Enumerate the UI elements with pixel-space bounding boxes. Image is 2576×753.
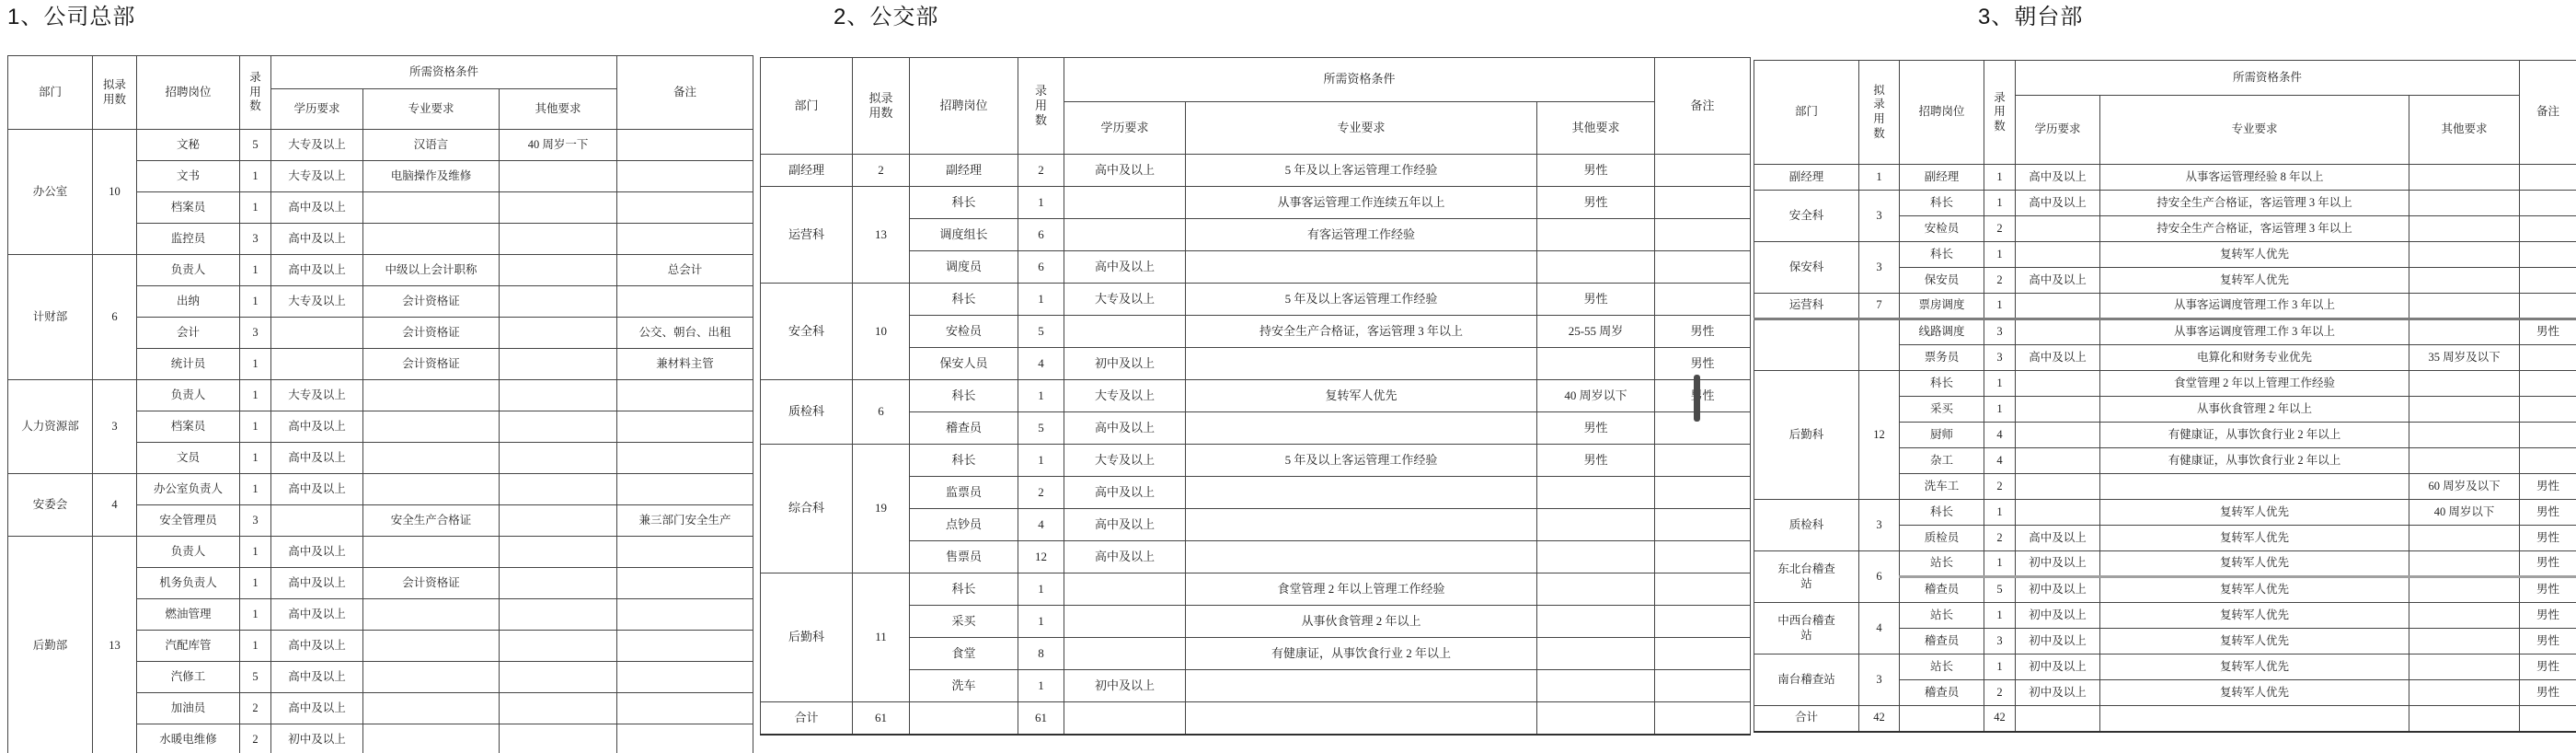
count-cell: 1	[240, 537, 271, 568]
major-cell: 电算化和财务专业优先	[2100, 345, 2409, 371]
header-planned: 拟录 用数	[93, 56, 137, 130]
count-cell: 1	[1984, 165, 2016, 191]
count-cell: 1	[1018, 573, 1064, 606]
education-cell	[2016, 371, 2100, 397]
table-row: 安检员5持安全生产合格证，客运管理 3 年以上25-55 周岁男性	[761, 316, 1751, 348]
planned-cell: 3	[93, 380, 137, 474]
major-cell: 有健康证，从事饮食行业 2 年以上	[1186, 638, 1537, 670]
table-row: 安全科3科长1高中及以上持安全生产合格证，客运管理 3 年以上	[1754, 191, 2576, 216]
note-cell	[1655, 251, 1751, 284]
header-qualifications: 所需资格条件	[271, 56, 617, 89]
post-cell: 线路调度	[1900, 319, 1984, 345]
planned-cell: 3	[1859, 500, 1900, 551]
post-cell: 水暖电维修	[137, 724, 240, 753]
post-cell: 档案员	[137, 411, 240, 443]
other-requirement-cell: 35 周岁及以下	[2409, 345, 2520, 371]
dept-cell: 安全科	[761, 284, 853, 380]
total-count-cell: 61	[1018, 702, 1064, 735]
other-requirement-cell	[1537, 638, 1655, 670]
other-requirement-cell	[1537, 573, 1655, 606]
post-cell: 站长	[1900, 603, 1984, 629]
post-cell: 站长	[1900, 551, 1984, 577]
header-note: 备注	[617, 56, 753, 130]
other-requirement-cell	[1537, 541, 1655, 573]
count-cell: 1	[240, 599, 271, 631]
major-cell	[363, 662, 500, 693]
total-row: 合计4242	[1754, 706, 2576, 732]
note-cell	[617, 693, 753, 724]
note-cell	[1655, 219, 1751, 251]
header-major: 专业要求	[363, 89, 500, 130]
note-cell	[617, 631, 753, 662]
note-cell	[1655, 670, 1751, 702]
other-requirement-cell	[1537, 606, 1655, 638]
count-cell: 3	[1984, 629, 2016, 655]
education-cell: 高中及以上	[1064, 477, 1186, 509]
other-requirement-cell	[2409, 629, 2520, 655]
total-label-cell: 合计	[761, 702, 853, 735]
count-cell: 5	[1984, 577, 2016, 603]
major-cell: 从事客运调度管理工作 3 年以上	[2100, 294, 2409, 319]
post-cell: 汽修工	[137, 662, 240, 693]
note-cell: 男性	[1655, 380, 1751, 412]
post-cell: 加油员	[137, 693, 240, 724]
education-cell: 高中及以上	[1064, 541, 1186, 573]
table-row: 稽查员5高中及以上男性	[761, 412, 1751, 445]
education-cell	[1064, 573, 1186, 606]
note-cell	[2520, 191, 2576, 216]
count-cell: 1	[240, 443, 271, 474]
education-cell: 高中及以上	[2016, 191, 2100, 216]
other-requirement-cell	[500, 192, 617, 224]
planned-cell: 19	[853, 445, 910, 573]
note-cell	[2520, 397, 2576, 423]
table-row: 食堂8有健康证，从事饮食行业 2 年以上	[761, 638, 1751, 670]
table-section-company-hq: 1、公司总部 部门拟录 用数招聘岗位录 用 数所需资格条件备注学历要求专业要求其…	[7, 4, 753, 753]
planned-cell: 4	[1859, 603, 1900, 655]
other-requirement-cell: 40 周岁以下	[1537, 380, 1655, 412]
education-cell	[1064, 316, 1186, 348]
other-requirement-cell: 60 周岁及以下	[2409, 474, 2520, 500]
education-cell: 高中及以上	[2016, 268, 2100, 294]
header-count: 录 用 数	[1984, 61, 2016, 165]
header-dept: 部门	[1754, 61, 1859, 165]
education-cell: 初中及以上	[2016, 655, 2100, 680]
post-cell: 副经理	[910, 155, 1018, 187]
count-cell: 2	[1984, 474, 2016, 500]
post-cell: 文秘	[137, 130, 240, 161]
planned-cell: 7	[1859, 294, 1900, 319]
count-cell: 1	[240, 286, 271, 318]
other-requirement-cell	[500, 411, 617, 443]
header-post: 招聘岗位	[1900, 61, 1984, 165]
table-row: 运营科7票房调度1从事客运调度管理工作 3 年以上	[1754, 294, 2576, 319]
planned-cell: 13	[853, 187, 910, 284]
major-cell: 食堂管理 2 年以上管理工作经验	[1186, 573, 1537, 606]
note-cell	[1655, 187, 1751, 219]
table-row: 后勤部13负责人1高中及以上	[8, 537, 753, 568]
major-cell	[363, 443, 500, 474]
other-requirement-cell	[2409, 448, 2520, 474]
table-row: 东北台稽查 站6站长1初中及以上复转军人优先男性	[1754, 551, 2576, 577]
planned-cell: 10	[853, 284, 910, 380]
header-qualifications: 所需资格条件	[2016, 61, 2520, 96]
other-requirement-cell	[500, 537, 617, 568]
major-cell: 复转军人优先	[2100, 268, 2409, 294]
table-section-chaotai-dept: 3、朝台部 部门拟 录 用 数招聘岗位录 用 数所需资格条件备注学历要求专业要求…	[1754, 4, 2576, 733]
education-cell	[2016, 294, 2100, 319]
planned-cell	[1859, 319, 1900, 371]
count-cell: 1	[1984, 242, 2016, 268]
note-cell	[617, 568, 753, 599]
post-cell: 科长	[910, 380, 1018, 412]
education-cell: 高中及以上	[2016, 526, 2100, 551]
note-cell	[1655, 638, 1751, 670]
recruitment-table-company-hq: 部门拟录 用数招聘岗位录 用 数所需资格条件备注学历要求专业要求其他要求办公室1…	[7, 55, 753, 753]
major-cell	[1186, 477, 1537, 509]
other-requirement-cell	[2409, 294, 2520, 319]
note-cell: 男性	[2520, 526, 2576, 551]
note-cell: 公交、朝台、出租	[617, 318, 753, 349]
major-cell: 会计资格证	[363, 318, 500, 349]
table-row: 调度员6高中及以上	[761, 251, 1751, 284]
table-row: 点钞员4高中及以上	[761, 509, 1751, 541]
major-cell	[1186, 670, 1537, 702]
education-cell: 初中及以上	[1064, 348, 1186, 380]
major-cell: 安全生产合格证	[363, 505, 500, 537]
dept-cell: 人力资源部	[8, 380, 93, 474]
other-requirement-cell	[2409, 526, 2520, 551]
other-requirement-cell	[1537, 348, 1655, 380]
major-cell	[363, 693, 500, 724]
header-major: 专业要求	[1186, 102, 1537, 155]
count-cell: 1	[1018, 670, 1064, 702]
note-cell: 男性	[1655, 348, 1751, 380]
count-cell: 1	[1984, 294, 2016, 319]
post-cell: 票房调度	[1900, 294, 1984, 319]
note-cell	[1655, 155, 1751, 187]
recruitment-table-chaotai-dept: 部门拟 录 用 数招聘岗位录 用 数所需资格条件备注学历要求专业要求其他要求副经…	[1754, 60, 2576, 733]
count-cell: 1	[1984, 603, 2016, 629]
note-cell: 男性	[2520, 551, 2576, 577]
post-cell: 燃油管理	[137, 599, 240, 631]
note-cell	[617, 443, 753, 474]
major-cell	[363, 474, 500, 505]
dept-cell: 中西台稽查 站	[1754, 603, 1859, 655]
count-cell: 1	[240, 380, 271, 411]
note-cell	[1655, 606, 1751, 638]
note-cell	[2520, 423, 2576, 448]
education-cell	[2016, 706, 2100, 732]
page-title: 2、公交部	[834, 4, 1750, 31]
major-cell	[1186, 541, 1537, 573]
total-row: 合计6161	[761, 702, 1751, 735]
post-cell: 机务负责人	[137, 568, 240, 599]
education-cell: 高中及以上	[1064, 155, 1186, 187]
post-cell: 统计员	[137, 349, 240, 380]
other-requirement-cell	[1537, 670, 1655, 702]
count-cell: 2	[1984, 216, 2016, 242]
note-cell	[617, 724, 753, 753]
count-cell: 1	[1984, 191, 2016, 216]
table-section-bus-dept: 2、公交部 部门拟录 用数招聘岗位录 用 数所需资格条件备注学历要求专业要求其他…	[760, 4, 1750, 736]
table-row: 安委会4办公室负责人1高中及以上	[8, 474, 753, 505]
table-row: 中西台稽查 站4站长1初中及以上复转军人优先男性	[1754, 603, 2576, 629]
major-cell	[363, 411, 500, 443]
count-cell: 12	[1018, 541, 1064, 573]
post-cell: 食堂	[910, 638, 1018, 670]
other-requirement-cell	[500, 662, 617, 693]
post-cell: 档案员	[137, 192, 240, 224]
table-row: 计财部6负责人1高中及以上中级以上会计职称总会计	[8, 255, 753, 286]
education-cell: 大专及以上	[271, 161, 363, 192]
major-cell	[363, 631, 500, 662]
post-cell: 文书	[137, 161, 240, 192]
header-post: 招聘岗位	[137, 56, 240, 130]
dept-cell: 东北台稽查 站	[1754, 551, 1859, 603]
table-row: 副经理2副经理2高中及以上5 年及以上客运管理工作经验男性	[761, 155, 1751, 187]
education-cell: 初中及以上	[2016, 629, 2100, 655]
education-cell: 大专及以上	[271, 380, 363, 411]
planned-cell: 3	[1859, 242, 1900, 294]
dept-cell: 质检科	[1754, 500, 1859, 551]
note-cell	[2520, 242, 2576, 268]
header-note: 备注	[2520, 61, 2576, 165]
planned-cell: 3	[1859, 191, 1900, 242]
other-requirement-cell: 男性	[1537, 155, 1655, 187]
other-requirement-cell	[500, 724, 617, 753]
header-planned: 拟 录 用 数	[1859, 61, 1900, 165]
education-cell: 高中及以上	[271, 662, 363, 693]
table-row: 保安人员4初中及以上男性	[761, 348, 1751, 380]
total-planned-cell: 61	[853, 702, 910, 735]
count-cell: 1	[240, 411, 271, 443]
post-cell: 质检员	[1900, 526, 1984, 551]
other-requirement-cell	[500, 631, 617, 662]
education-cell: 高中及以上	[271, 411, 363, 443]
other-requirement-cell	[2409, 603, 2520, 629]
major-cell: 5 年及以上客运管理工作经验	[1186, 284, 1537, 316]
post-cell: 科长	[910, 573, 1018, 606]
major-cell: 汉语言	[363, 130, 500, 161]
dept-cell: 运营科	[761, 187, 853, 284]
post-cell: 保安人员	[910, 348, 1018, 380]
dept-cell	[1754, 319, 1859, 371]
post-cell: 科长	[1900, 371, 1984, 397]
note-cell	[1655, 573, 1751, 606]
page-title: 3、朝台部	[1978, 4, 2576, 31]
major-cell: 复转军人优先	[2100, 526, 2409, 551]
header-other: 其他要求	[2409, 96, 2520, 165]
count-cell: 1	[1018, 187, 1064, 219]
count-cell: 1	[240, 161, 271, 192]
post-cell: 会计	[137, 318, 240, 349]
note-cell	[2520, 294, 2576, 319]
count-cell: 2	[240, 693, 271, 724]
other-requirement-cell	[2409, 165, 2520, 191]
dept-cell: 副经理	[761, 155, 853, 187]
major-cell: 会计资格证	[363, 349, 500, 380]
major-cell: 复转军人优先	[2100, 577, 2409, 603]
dept-cell: 南台稽查站	[1754, 655, 1859, 706]
table-row: 售票员12高中及以上	[761, 541, 1751, 573]
count-cell: 2	[1984, 680, 2016, 706]
post-cell	[1900, 706, 1984, 732]
header-major: 专业要求	[2100, 96, 2409, 165]
major-cell: 复转军人优先	[2100, 551, 2409, 577]
post-cell: 售票员	[910, 541, 1018, 573]
table-row: 综合科19科长1大专及以上5 年及以上客运管理工作经验男性	[761, 445, 1751, 477]
education-cell: 高中及以上	[271, 568, 363, 599]
page-title: 1、公司总部	[7, 4, 753, 31]
count-cell: 1	[1018, 606, 1064, 638]
major-cell: 从事伙食管理 2 年以上	[2100, 397, 2409, 423]
planned-cell: 1	[1859, 165, 1900, 191]
other-requirement-cell	[500, 255, 617, 286]
header-other: 其他要求	[500, 89, 617, 130]
education-cell	[2016, 474, 2100, 500]
other-requirement-cell	[1537, 251, 1655, 284]
post-cell: 科长	[910, 284, 1018, 316]
post-cell: 科长	[910, 187, 1018, 219]
count-cell: 3	[1984, 319, 2016, 345]
count-cell: 3	[1984, 345, 2016, 371]
count-cell: 1	[240, 349, 271, 380]
major-cell: 有客运管理工作经验	[1186, 219, 1537, 251]
major-cell: 有健康证，从事饮食行业 2 年以上	[2100, 423, 2409, 448]
other-requirement-cell	[2409, 319, 2520, 345]
other-requirement-cell	[2409, 268, 2520, 294]
education-cell: 高中及以上	[1064, 251, 1186, 284]
post-cell: 洗车工	[1900, 474, 1984, 500]
major-cell: 5 年及以上客运管理工作经验	[1186, 155, 1537, 187]
major-cell: 复转军人优先	[2100, 242, 2409, 268]
post-cell: 采买	[1900, 397, 1984, 423]
education-cell	[2016, 397, 2100, 423]
table-row: 副经理1副经理1高中及以上从事客运管理经验 8 年以上	[1754, 165, 2576, 191]
count-cell: 5	[1018, 316, 1064, 348]
count-cell: 1	[1984, 655, 2016, 680]
post-cell: 安检员	[910, 316, 1018, 348]
planned-cell: 13	[93, 537, 137, 753]
post-cell: 洗车	[910, 670, 1018, 702]
post-cell: 安全管理员	[137, 505, 240, 537]
post-cell: 监票员	[910, 477, 1018, 509]
table-row: 后勤科11科长1食堂管理 2 年以上管理工作经验	[761, 573, 1751, 606]
count-cell: 4	[1018, 509, 1064, 541]
count-cell: 1	[1984, 371, 2016, 397]
note-cell	[617, 130, 753, 161]
table-row: 监票员2高中及以上	[761, 477, 1751, 509]
note-cell: 男性	[2520, 474, 2576, 500]
post-cell	[910, 702, 1018, 735]
education-cell: 高中及以上	[271, 255, 363, 286]
count-cell: 4	[1984, 423, 2016, 448]
dept-cell: 计财部	[8, 255, 93, 380]
header-education: 学历要求	[271, 89, 363, 130]
count-cell: 8	[1018, 638, 1064, 670]
note-cell	[2520, 371, 2576, 397]
major-cell: 复转军人优先	[1186, 380, 1537, 412]
post-cell: 出纳	[137, 286, 240, 318]
major-cell: 从事客运调度管理工作 3 年以上	[2100, 319, 2409, 345]
post-cell: 调度组长	[910, 219, 1018, 251]
table-row: 调度组长6有客运管理工作经验	[761, 219, 1751, 251]
major-cell: 复转军人优先	[2100, 655, 2409, 680]
note-cell: 兼材料主管	[617, 349, 753, 380]
count-cell: 4	[1984, 448, 2016, 474]
post-cell: 安检员	[1900, 216, 1984, 242]
planned-cell: 6	[93, 255, 137, 380]
education-cell: 大专及以上	[1064, 380, 1186, 412]
education-cell: 初中及以上	[2016, 577, 2100, 603]
major-cell	[363, 192, 500, 224]
note-cell	[617, 224, 753, 255]
education-cell: 大专及以上	[1064, 284, 1186, 316]
count-cell: 1	[240, 192, 271, 224]
other-requirement-cell	[500, 286, 617, 318]
header-education: 学历要求	[1064, 102, 1186, 155]
post-cell: 站长	[1900, 655, 1984, 680]
major-cell	[1186, 348, 1537, 380]
planned-cell: 6	[853, 380, 910, 445]
education-cell: 高中及以上	[2016, 165, 2100, 191]
count-cell: 3	[240, 318, 271, 349]
count-cell: 2	[1984, 268, 2016, 294]
major-cell: 食堂管理 2 年以上管理工作经验	[2100, 371, 2409, 397]
other-requirement-cell: 男性	[1537, 284, 1655, 316]
note-cell	[1655, 509, 1751, 541]
other-requirement-cell	[500, 568, 617, 599]
education-cell: 高中及以上	[2016, 345, 2100, 371]
note-cell: 男性	[2520, 680, 2576, 706]
dept-cell: 后勤科	[1754, 371, 1859, 500]
major-cell: 持安全生产合格证，客运管理 3 年以上	[1186, 316, 1537, 348]
major-cell	[2100, 474, 2409, 500]
post-cell: 副经理	[1900, 165, 1984, 191]
note-cell	[2520, 268, 2576, 294]
education-cell	[2016, 500, 2100, 526]
education-cell: 大专及以上	[271, 130, 363, 161]
other-requirement-cell	[2409, 397, 2520, 423]
note-cell: 男性	[2520, 629, 2576, 655]
major-cell: 从事客运管理工作连续五年以上	[1186, 187, 1537, 219]
note-cell	[617, 380, 753, 411]
dept-cell: 质检科	[761, 380, 853, 445]
planned-cell: 6	[1859, 551, 1900, 603]
count-cell: 2	[1018, 477, 1064, 509]
note-cell	[617, 411, 753, 443]
other-requirement-cell: 25-55 周岁	[1537, 316, 1655, 348]
recruitment-table-bus-dept: 部门拟录 用数招聘岗位录 用 数所需资格条件备注学历要求专业要求其他要求副经理2…	[760, 57, 1751, 736]
note-cell: 兼三部门安全生产	[617, 505, 753, 537]
count-cell: 2	[240, 724, 271, 753]
note-cell: 男性	[2520, 500, 2576, 526]
table-row: 质检科6科长1大专及以上复转军人优先40 周岁以下男性	[761, 380, 1751, 412]
major-cell: 电脑操作及维修	[363, 161, 500, 192]
education-cell: 高中及以上	[1064, 412, 1186, 445]
major-cell: 持安全生产合格证，客运管理 3 年以上	[2100, 216, 2409, 242]
header-qualifications: 所需资格条件	[1064, 58, 1655, 102]
other-requirement-cell	[500, 474, 617, 505]
total-label-cell: 合计	[1754, 706, 1859, 732]
count-cell: 3	[240, 505, 271, 537]
other-requirement-cell	[500, 161, 617, 192]
note-cell	[1655, 702, 1751, 735]
major-cell	[1186, 509, 1537, 541]
other-requirement-cell	[500, 349, 617, 380]
other-requirement-cell	[2409, 242, 2520, 268]
